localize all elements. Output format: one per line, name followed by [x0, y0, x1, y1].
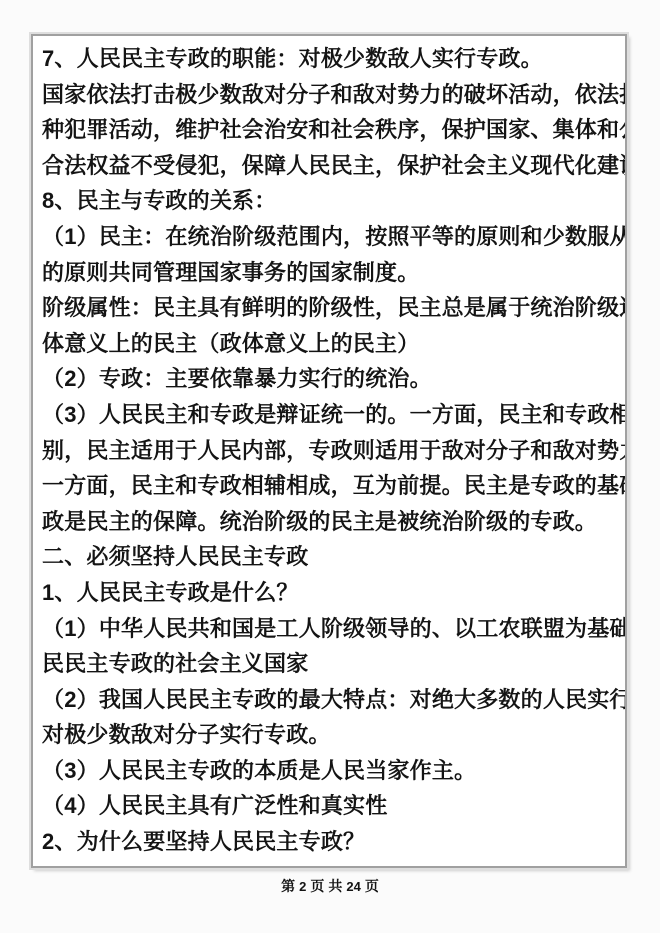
footer-page-word: 页	[310, 880, 324, 895]
text-line: （2）我国人民民主专政的最大特点：对绝大多数的人民实行民主，	[42, 682, 616, 718]
text-line: 二、必须坚持人民民主专政	[42, 539, 616, 575]
text-line: （1）民主：在统治阶级范围内，按照平等的原则和少数服从多数	[42, 219, 616, 255]
text-line: 体意义上的民主（政体意义上的民主）	[42, 326, 616, 362]
text-line: 民民主专政的社会主义国家	[42, 646, 616, 682]
text-line: 国家依法打击极少数敌对分子和敌对势力的破坏活动，依法打击各	[42, 77, 616, 113]
document-lines: 7、人民民主专政的职能：对极少数敌人实行专政。国家依法打击极少数敌对分子和敌对势…	[33, 36, 625, 866]
text-line: 的原则共同管理国家事务的国家制度。	[42, 255, 616, 291]
footer-conjunction: 共	[328, 880, 342, 895]
text-line: 一方面，民主和专政相辅相成，互为前提。民主是专政的基础，专	[42, 468, 616, 504]
footer-total-word: 页	[365, 880, 379, 895]
text-line: （3）人民民主和专政是辩证统一的。一方面，民主和专政相互区	[42, 397, 616, 433]
text-line: 别，民主适用于人民内部，专政则适用于敌对分子和敌对势力。另	[42, 433, 616, 469]
document-page: 7、人民民主专政的职能：对极少数敌人实行专政。国家依法打击极少数敌对分子和敌对势…	[0, 0, 660, 933]
text-line: 对极少数敌对分子实行专政。	[42, 717, 616, 753]
text-line: 8、民主与专政的关系：	[42, 183, 616, 219]
footer-total-pages: 24	[346, 879, 360, 894]
text-line: （1）中华人民共和国是工人阶级领导的、以工农联盟为基础的人	[42, 611, 616, 647]
text-line: （4）人民民主具有广泛性和真实性	[42, 788, 616, 824]
text-line: 种犯罪活动，维护社会治安和社会秩序，保护国家、集体和公民的	[42, 112, 616, 148]
text-line: （3）人民民主专政的本质是人民当家作主。	[42, 753, 616, 789]
footer-prefix: 第	[281, 880, 295, 895]
text-line: （2）专政：主要依靠暴力实行的统治。	[42, 361, 616, 397]
text-line: 1、人民民主专政是什么？	[42, 575, 616, 611]
text-line: 7、人民民主专政的职能：对极少数敌人实行专政。	[42, 41, 616, 77]
text-line: 2、为什么要坚持人民民主专政？	[42, 824, 616, 860]
text-line: 阶级属性：民主具有鲜明的阶级性，民主总是属于统治阶级这是国	[42, 290, 616, 326]
footer-page-number: 2	[299, 879, 306, 894]
text-line: 政是民主的保障。统治阶级的民主是被统治阶级的专政。	[42, 504, 616, 540]
page-frame: 7、人民民主专政的职能：对极少数敌人实行专政。国家依法打击极少数敌对分子和敌对势…	[31, 34, 627, 868]
text-line: 合法权益不受侵犯，保障人民民主，保护社会主义现代化建设。	[42, 148, 616, 184]
page-footer: 第2页共24页	[0, 876, 660, 896]
